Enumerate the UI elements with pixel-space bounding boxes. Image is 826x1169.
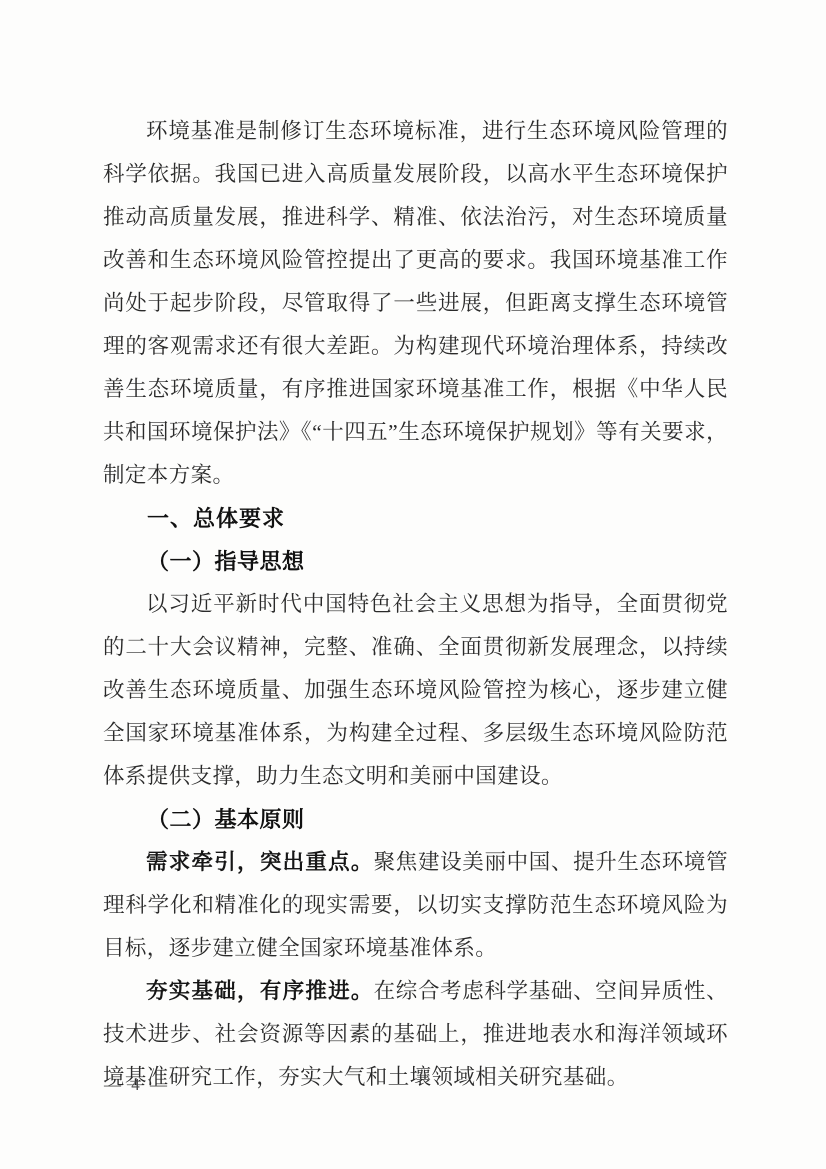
intro-paragraph: 环境基准是制修订生态环境标准，进行生态环境风险管理的科学依据。我国已进入高质量发… — [103, 110, 728, 497]
principle-paragraph-solid-foundation: 夯实基础，有序推进。在综合考虑科学基础、空间异质性、技术进步、社会资源等因素的基… — [103, 970, 728, 1099]
principle-lead-demand-driven: 需求牵引，突出重点。 — [146, 850, 374, 874]
document-body: 环境基准是制修订生态环境标准，进行生态环境风险管理的科学依据。我国已进入高质量发… — [103, 110, 728, 1099]
page-number: — 4 — — [104, 1072, 170, 1098]
section-heading-overall-requirements: 一、总体要求 — [103, 497, 728, 540]
principle-paragraph-demand-driven: 需求牵引，突出重点。聚焦建设美丽中国、提升生态环境管理科学化和精准化的现实需要，… — [103, 841, 728, 970]
document-page: 环境基准是制修订生态环境标准，进行生态环境风险管理的科学依据。我国已进入高质量发… — [0, 0, 826, 1169]
principle-lead-solid-foundation: 夯实基础，有序推进。 — [146, 979, 374, 1003]
subsection-heading-basic-principles: （二）基本原则 — [103, 798, 728, 841]
guiding-thought-paragraph: 以习近平新时代中国特色社会主义思想为指导，全面贯彻党的二十大会议精神，完整、准确… — [103, 583, 728, 798]
subsection-heading-guiding-thought: （一）指导思想 — [103, 540, 728, 583]
